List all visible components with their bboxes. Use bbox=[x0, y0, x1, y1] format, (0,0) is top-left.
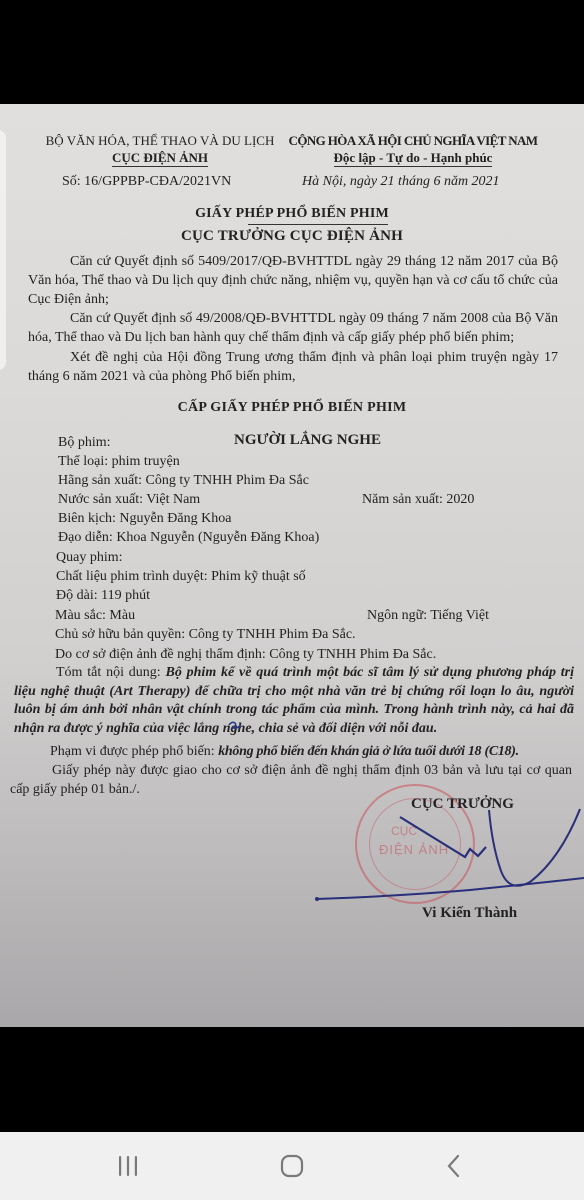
film-applicant: Do cơ sở điện ảnh đề nghị thẩm định: Côn… bbox=[55, 645, 436, 664]
document-title: GIẤY PHÉP PHỔ BIẾN PHIM bbox=[0, 206, 584, 222]
back-icon bbox=[446, 1154, 462, 1178]
stamp-text-2: ĐIỆN ẢNH bbox=[379, 842, 449, 857]
document-title-text: GIẤY PHÉP PHỔ BIẾN PHIM bbox=[195, 206, 389, 221]
issuer-title: CỤC TRƯỞNG CỤC ĐIỆN ẢNH bbox=[0, 228, 584, 245]
scope-label: Phạm vi được phép phổ biến: bbox=[50, 744, 218, 759]
film-color: Màu sắc: Màu bbox=[55, 606, 135, 625]
preamble-1: Căn cứ Quyết định số 5409/2017/QĐ-BVHTTD… bbox=[28, 252, 558, 309]
film-year: Năm sản xuất: 2020 bbox=[362, 490, 474, 509]
film-writer: Biên kịch: Nguyễn Đăng Khoa bbox=[58, 509, 231, 528]
back-button[interactable] bbox=[414, 1132, 494, 1200]
summary-paragraph: Tóm tắt nội dung: Bộ phim kể về quá trìn… bbox=[14, 664, 574, 738]
film-duration: Độ dài: 119 phút bbox=[56, 586, 150, 605]
distribution-note: Giấy phép này được giao cho cơ sở điện ả… bbox=[10, 761, 572, 799]
signer-name: Vi Kiến Thành bbox=[422, 905, 517, 922]
document-number: Số: 16/GPPBP-CĐA/2021VN bbox=[62, 174, 231, 190]
top-black-area bbox=[0, 0, 584, 104]
recents-button[interactable] bbox=[88, 1132, 168, 1200]
document-photo: BỘ VĂN HÓA, THỂ THAO VÀ DU LỊCH CỤC ĐIỆN… bbox=[0, 104, 584, 1027]
panel-edge bbox=[0, 130, 6, 370]
scope-text: không phổ biến đến khán giả ở lứa tuổi d… bbox=[218, 744, 519, 759]
film-name: NGƯỜI LẮNG NGHE bbox=[234, 432, 381, 449]
home-button[interactable] bbox=[252, 1132, 332, 1200]
film-material: Chất liệu phim trình duyệt: Phim kỹ thuậ… bbox=[56, 567, 306, 586]
stamp-text-1: CỤC bbox=[391, 824, 417, 838]
scope-paragraph: Phạm vi được phép phổ biến: không phổ bi… bbox=[50, 742, 519, 761]
recents-icon bbox=[117, 1154, 139, 1178]
film-language: Ngôn ngữ: Tiếng Việt bbox=[367, 606, 489, 625]
issuing-authority: BỘ VĂN HÓA, THỂ THAO VÀ DU LỊCH CỤC ĐIỆN… bbox=[40, 132, 280, 167]
section-title: CẤP GIẤY PHÉP PHỔ BIẾN PHIM bbox=[0, 400, 584, 416]
film-genre: Thể loại: phim truyện bbox=[58, 452, 180, 471]
title-underline bbox=[248, 224, 388, 225]
place-date: Hà Nội, ngày 21 tháng 6 năm 2021 bbox=[302, 174, 500, 190]
film-copyright-owner: Chủ sở hữu bản quyền: Công ty TNHH Phim … bbox=[55, 625, 356, 644]
ministry-name: BỘ VĂN HÓA, THỂ THAO VÀ DU LỊCH bbox=[40, 132, 280, 149]
preamble-3: Xét đề nghị của Hội đồng Trung ương thẩm… bbox=[28, 348, 558, 386]
summary-label: Tóm tắt nội dung: bbox=[56, 665, 165, 680]
film-cinematographer: Quay phim: bbox=[56, 548, 123, 567]
preamble-2: Căn cứ Quyết định số 49/2008/QĐ-BVHTTDL … bbox=[28, 309, 558, 347]
film-country: Nước sản xuất: Việt Nam bbox=[58, 490, 200, 509]
film-label: Bộ phim: bbox=[58, 433, 111, 452]
signer-title: CỤC TRƯỞNG bbox=[411, 796, 514, 813]
national-header: CỘNG HÒA XÃ HỘI CHỦ NGHĨA VIỆT NAM Độc l… bbox=[288, 132, 538, 167]
home-icon bbox=[280, 1154, 304, 1178]
agency-name: CỤC ĐIỆN ẢNH bbox=[112, 149, 208, 167]
national-motto: Độc lập - Tự do - Hạnh phúc bbox=[334, 149, 493, 167]
film-director: Đạo diễn: Khoa Nguyễn (Nguyễn Đăng Khoa) bbox=[58, 528, 319, 547]
republic-name: CỘNG HÒA XÃ HỘI CHỦ NGHĨA VIỆT NAM bbox=[288, 132, 538, 149]
android-navbar bbox=[0, 1132, 584, 1200]
film-producer: Hãng sản xuất: Công ty TNHH Phim Đa Sắc bbox=[58, 471, 309, 490]
